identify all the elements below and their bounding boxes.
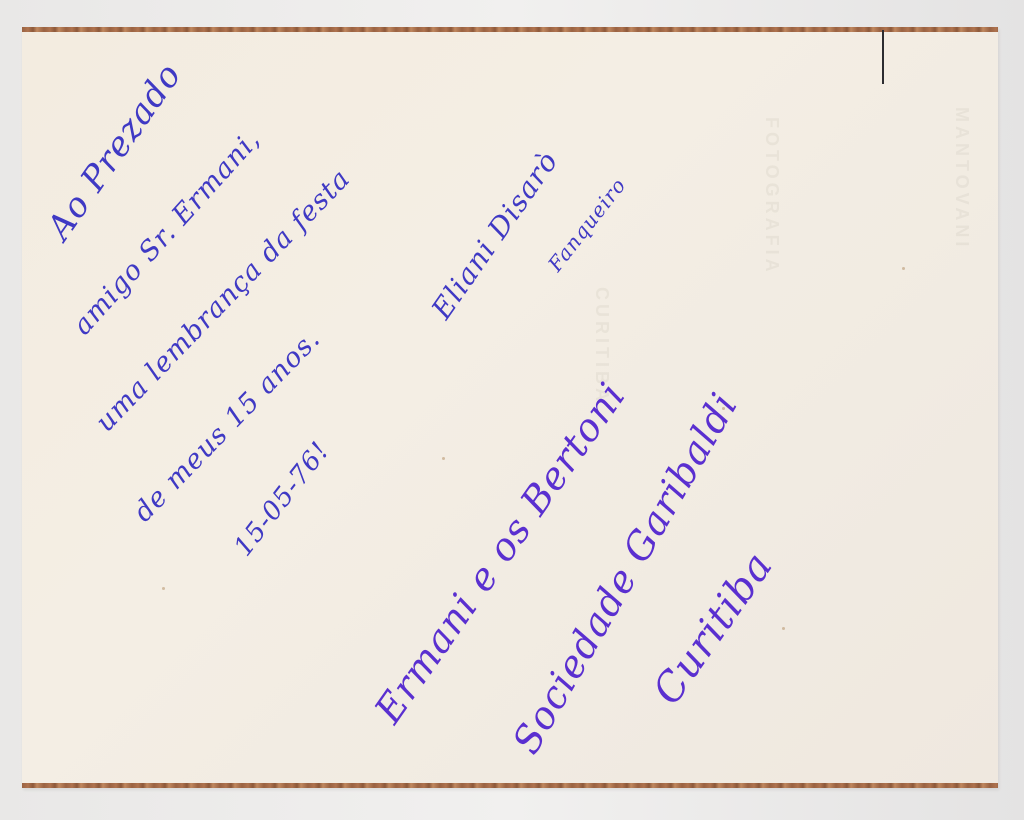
pen-tick-mark	[882, 30, 884, 84]
card-bottom-edge	[22, 783, 998, 788]
dedication-date: 15-05-76!	[228, 436, 336, 562]
recipient-line-1: Ermani e os Bertoni	[366, 374, 634, 731]
recipient-line-3: Curitiba	[644, 544, 782, 713]
show-through-text: MANTOVANI	[951, 107, 972, 250]
paper-fleck	[782, 627, 785, 630]
paper-fleck	[902, 267, 905, 270]
recipient-line-2: Sociedade Garibaldi	[504, 385, 746, 761]
card-top-edge	[22, 27, 998, 32]
signature-surname: Fanqueiro	[543, 173, 631, 276]
show-through-text: FOTOGRAFIA	[761, 117, 782, 276]
paper-fleck	[722, 407, 725, 410]
photo-card-back: MANTOVANI FOTOGRAFIA CURITIBA Ao Prezado…	[22, 27, 998, 788]
paper-fleck	[162, 587, 165, 590]
dedication-line-3: uma lembrança da festa	[90, 163, 357, 438]
paper-fleck	[442, 457, 445, 460]
signature-name: Eliani Disarò	[425, 145, 565, 325]
